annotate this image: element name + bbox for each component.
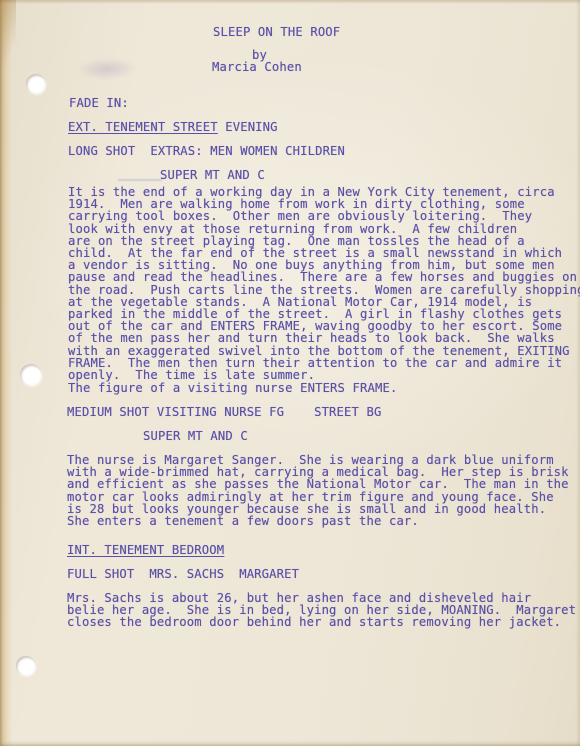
action-paragraph-1: It is the end of a working day in a New … bbox=[68, 186, 580, 381]
scene-heading-int-tenement-bedroom: INT. TENEMENT BEDROOM bbox=[67, 544, 224, 556]
scene-heading-underlined: INT. TENEMENT BEDROOM bbox=[67, 543, 224, 557]
script-page: SLEEP ON THE ROOF by Marcia Cohen FADE I… bbox=[0, 0, 580, 746]
shot-line-full-shot: FULL SHOT MRS. SACHS MARGARET bbox=[67, 568, 299, 580]
action-paragraph-2: The figure of a visiting nurse ENTERS FR… bbox=[68, 382, 397, 394]
ink-smudge bbox=[76, 57, 139, 81]
scene-heading-time: EVENING bbox=[218, 120, 278, 134]
erased-mark bbox=[118, 179, 162, 181]
hole-punch bbox=[20, 364, 42, 386]
transition-fade-in: FADE IN: bbox=[69, 97, 129, 109]
shot-line-medium-shot: MEDIUM SHOT VISITING NURSE FG STREET BG bbox=[67, 406, 381, 418]
scene-heading-ext-tenement-street: EXT. TENEMENT STREET EVENING bbox=[68, 121, 278, 133]
super-line-2: SUPER MT AND C bbox=[143, 430, 248, 442]
author-name: Marcia Cohen bbox=[212, 61, 302, 73]
page-edge-top bbox=[0, 0, 580, 4]
action-paragraph-4: Mrs. Sachs is about 26, but her ashen fa… bbox=[67, 592, 576, 629]
hole-punch bbox=[26, 74, 46, 94]
super-line-1: SUPER MT AND C bbox=[160, 169, 265, 181]
page-edge-left-top bbox=[0, 0, 16, 70]
page-edge-left bbox=[0, 0, 12, 746]
page-edge-bottom bbox=[0, 740, 580, 746]
scene-heading-underlined: EXT. TENEMENT STREET bbox=[68, 120, 218, 134]
shot-line-long-shot: LONG SHOT EXTRAS: MEN WOMEN CHILDREN bbox=[68, 145, 345, 157]
action-paragraph-3: The nurse is Margaret Sanger. She is wea… bbox=[67, 454, 569, 527]
hole-punch bbox=[16, 656, 36, 676]
script-title: SLEEP ON THE ROOF bbox=[213, 26, 340, 38]
